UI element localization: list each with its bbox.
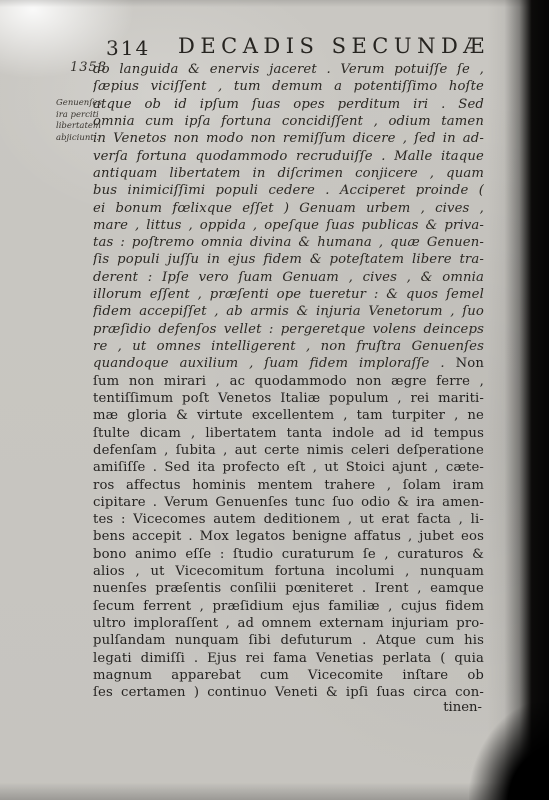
text-segment: nuenſes præſentis conſilii pœniteret . I… bbox=[93, 581, 484, 597]
text-line: ſtulte dicam , libertatem tanta indole a… bbox=[93, 425, 484, 442]
scan-shadow-corner bbox=[469, 700, 549, 800]
text-segment: atque ob id ipſum ſuas opes perditum iri… bbox=[93, 97, 484, 113]
text-segment: amiſiſſe . Sed ita profecto eſt , ut Sto… bbox=[93, 460, 484, 475]
text-line: re , ut omnes intelligerent , non fruſtr… bbox=[93, 338, 484, 355]
text-line: pulſandam nunquam ſibi defuturum . Atque… bbox=[93, 632, 484, 649]
text-segment: alios , ut Vicecomitum fortuna incolumi … bbox=[93, 564, 484, 580]
text-segment: legati dimiſſi . Ejus rei fama Venetias … bbox=[93, 651, 484, 666]
text-segment: cipitare . Verum Genuenſes tunc ſuo odio… bbox=[93, 495, 484, 510]
text-line: ſum non mirari , ac quodammodo non ægre … bbox=[93, 373, 484, 390]
text-line: ſes certamen ) continuo Veneti & ipſi ſu… bbox=[93, 684, 484, 701]
scan-shadow-top bbox=[0, 0, 549, 8]
text-segment: fidem accepiſſet , ab armis & injuria Ve… bbox=[93, 304, 484, 319]
text-line: magnum apparebat cum Vicecomite inſtare … bbox=[93, 667, 484, 684]
text-line: tes : Vicecomes autem deditionem , ut er… bbox=[93, 511, 484, 528]
text-segment: antiquam libertatem in diſcrimen conjice… bbox=[93, 166, 484, 182]
text-line: tentiſſimum poſt Venetos Italiæ populum … bbox=[93, 390, 484, 407]
text-segment: tentiſſimum poſt Venetos Italiæ populum … bbox=[93, 391, 484, 406]
text-segment: omnia cum ipſa fortuna concidiſſent , od… bbox=[93, 114, 484, 130]
text-block: do languida & enervis jaceret . Verum po… bbox=[93, 61, 484, 702]
text-segment: mæ gloria & virtute excellentem , tam tu… bbox=[93, 408, 484, 423]
text-segment: bono animo eſſe : ſtudio curaturum ſe , … bbox=[93, 547, 484, 562]
text-line: omnia cum ipſa fortuna concidiſſent , od… bbox=[93, 113, 484, 130]
text-line: tas : poſtremo omnia divina & humana , q… bbox=[93, 234, 484, 251]
text-segment: verſa fortuna quodammodo recruduiſſe . M… bbox=[93, 149, 484, 165]
text-line: ſis populi juſſu in ejus fidem & poteſta… bbox=[93, 251, 484, 268]
text-segment: ſes certamen ) continuo Veneti & ipſi ſu… bbox=[93, 685, 484, 700]
text-line: illorum eſſent , præſenti ope tueretur :… bbox=[93, 286, 484, 303]
text-segment: ſæpius viciſſent , tum demum a potentiſſ… bbox=[93, 79, 484, 95]
text-segment: illorum eſſent , præſenti ope tueretur :… bbox=[93, 287, 484, 303]
text-line: amiſiſſe . Sed ita profecto eſt , ut Sto… bbox=[93, 459, 484, 476]
page-number: 314 bbox=[106, 36, 150, 60]
catchword: tinen- bbox=[93, 700, 484, 715]
text-segment: præſidio defenſos vellet : pergeretque v… bbox=[93, 322, 484, 338]
text-segment: quandoque auxilium , ſuam fidem imploraſ… bbox=[93, 356, 456, 371]
text-line: bus inimiciſſimi populi cedere . Acciper… bbox=[93, 182, 484, 199]
text-line: præſidio defenſos vellet : pergeretque v… bbox=[93, 321, 484, 338]
text-segment: ei bonum fœlixque eſſet ) Genuam urbem ,… bbox=[93, 201, 484, 217]
book-page: 314 DECADIS SECUNDÆ 1353 Genuenſesira pe… bbox=[0, 0, 549, 800]
text-segment: bens accepit . Mox legatos benigne affat… bbox=[93, 529, 484, 544]
text-line: in Venetos non modo non remiſſum dicere … bbox=[93, 130, 484, 147]
text-line: alios , ut Vicecomitum fortuna incolumi … bbox=[93, 563, 484, 580]
text-segment: pulſandam nunquam ſibi defuturum . Atque… bbox=[93, 633, 484, 648]
text-line: ros affectus hominis mentem trahere , ſo… bbox=[93, 477, 484, 494]
text-segment: ſum non mirari , ac quodammodo non ægre … bbox=[93, 374, 484, 390]
text-segment: re , ut omnes intelligerent , non fruſtr… bbox=[93, 339, 484, 355]
text-line: ei bonum fœlixque eſſet ) Genuam urbem ,… bbox=[93, 200, 484, 217]
text-line: quandoque auxilium , ſuam fidem imploraſ… bbox=[93, 355, 484, 372]
text-segment: derent : Ipſe vero ſuam Genuam , cives ,… bbox=[93, 270, 484, 286]
text-line: bono animo eſſe : ſtudio curaturum ſe , … bbox=[93, 546, 484, 563]
text-segment: tas : poſtremo omnia divina & humana , q… bbox=[93, 235, 484, 250]
text-line: antiquam libertatem in diſcrimen conjice… bbox=[93, 165, 484, 182]
running-title: DECADIS SECUNDÆ bbox=[178, 34, 490, 58]
text-line: ſecum ferrent , præſidium ejus familiæ ,… bbox=[93, 598, 484, 615]
text-line: defenſam , ſubita , aut certe nimis cele… bbox=[93, 442, 484, 459]
text-line: atque ob id ipſum ſuas opes perditum iri… bbox=[93, 96, 484, 113]
text-line: cipitare . Verum Genuenſes tunc ſuo odio… bbox=[93, 494, 484, 511]
text-segment: in Venetos non modo non remiſſum dicere … bbox=[93, 131, 484, 146]
text-line: mæ gloria & virtute excellentem , tam tu… bbox=[93, 407, 484, 424]
text-segment: mare , littus , oppida , opeſque ſuas pu… bbox=[93, 218, 484, 233]
text-segment: bus inimiciſſimi populi cedere . Acciper… bbox=[93, 183, 484, 199]
text-segment: magnum apparebat cum Vicecomite inſtare … bbox=[93, 668, 484, 684]
text-line: derent : Ipſe vero ſuam Genuam , cives ,… bbox=[93, 269, 484, 286]
text-segment: ſtulte dicam , libertatem tanta indole a… bbox=[93, 426, 484, 441]
text-line: ſæpius viciſſent , tum demum a potentiſſ… bbox=[93, 78, 484, 95]
text-segment: ultro imploraſſent , ad omnem externam i… bbox=[93, 616, 484, 631]
text-segment: ros affectus hominis mentem trahere , ſo… bbox=[93, 478, 484, 494]
text-segment: do languida & enervis jaceret . Verum po… bbox=[93, 62, 484, 78]
text-line: nuenſes præſentis conſilii pœniteret . I… bbox=[93, 580, 484, 597]
text-line: fidem accepiſſet , ab armis & injuria Ve… bbox=[93, 303, 484, 320]
text-line: ultro imploraſſent , ad omnem externam i… bbox=[93, 615, 484, 632]
text-segment: ſis populi juſſu in ejus fidem & poteſta… bbox=[93, 252, 484, 267]
text-line: legati dimiſſi . Ejus rei fama Venetias … bbox=[93, 650, 484, 667]
text-segment: ſecum ferrent , præſidium ejus familiæ ,… bbox=[93, 599, 484, 614]
text-line: mare , littus , oppida , opeſque ſuas pu… bbox=[93, 217, 484, 234]
text-segment: defenſam , ſubita , aut certe nimis cele… bbox=[93, 443, 484, 458]
text-line: verſa fortuna quodammodo recruduiſſe . M… bbox=[93, 148, 484, 165]
scan-shadow-right bbox=[487, 0, 549, 800]
text-line: do languida & enervis jaceret . Verum po… bbox=[93, 61, 484, 78]
text-line: bens accepit . Mox legatos benigne affat… bbox=[93, 528, 484, 545]
scan-shadow-bottom bbox=[0, 778, 549, 800]
text-segment: tes : Vicecomes autem deditionem , ut er… bbox=[93, 512, 484, 527]
